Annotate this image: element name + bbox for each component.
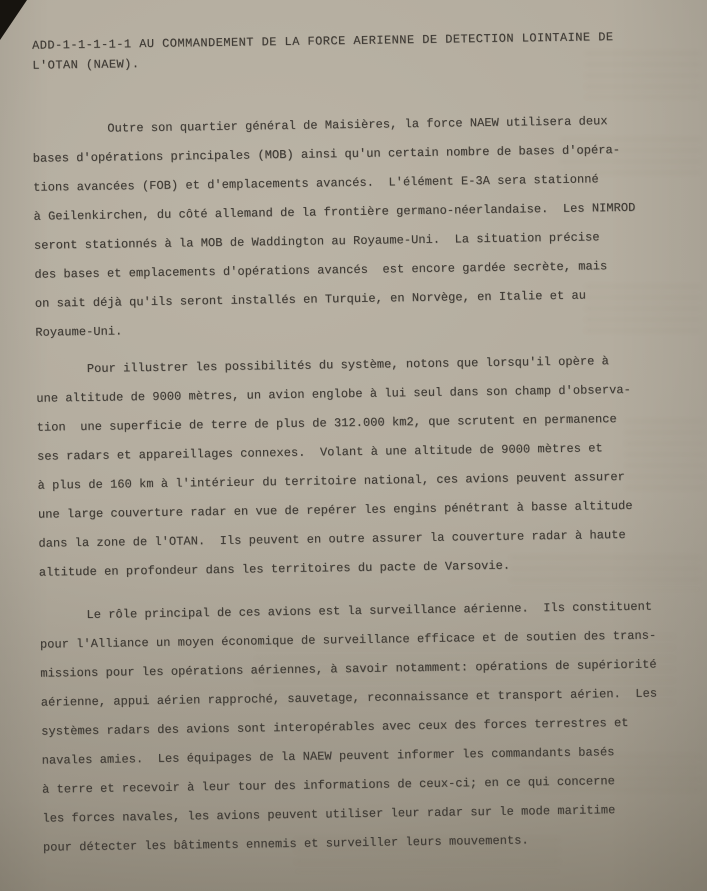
paragraph-3: Le rôle principal de ces avions est la s… bbox=[39, 593, 659, 863]
typewritten-content: ADD-1-1-1-1-1 AU COMMANDEMENT DE LA FORC… bbox=[0, 0, 707, 891]
document-heading: ADD-1-1-1-1-1 AU COMMANDEMENT DE LA FORC… bbox=[32, 27, 614, 76]
scanned-page-photo: ADD-1-1-1-1-1 AU COMMANDEMENT DE LA FORC… bbox=[0, 0, 707, 891]
paragraph-2: Pour illustrer les possibilités du systè… bbox=[36, 347, 634, 588]
paragraph-1: Outre son quartier général de Maisières,… bbox=[32, 107, 637, 348]
